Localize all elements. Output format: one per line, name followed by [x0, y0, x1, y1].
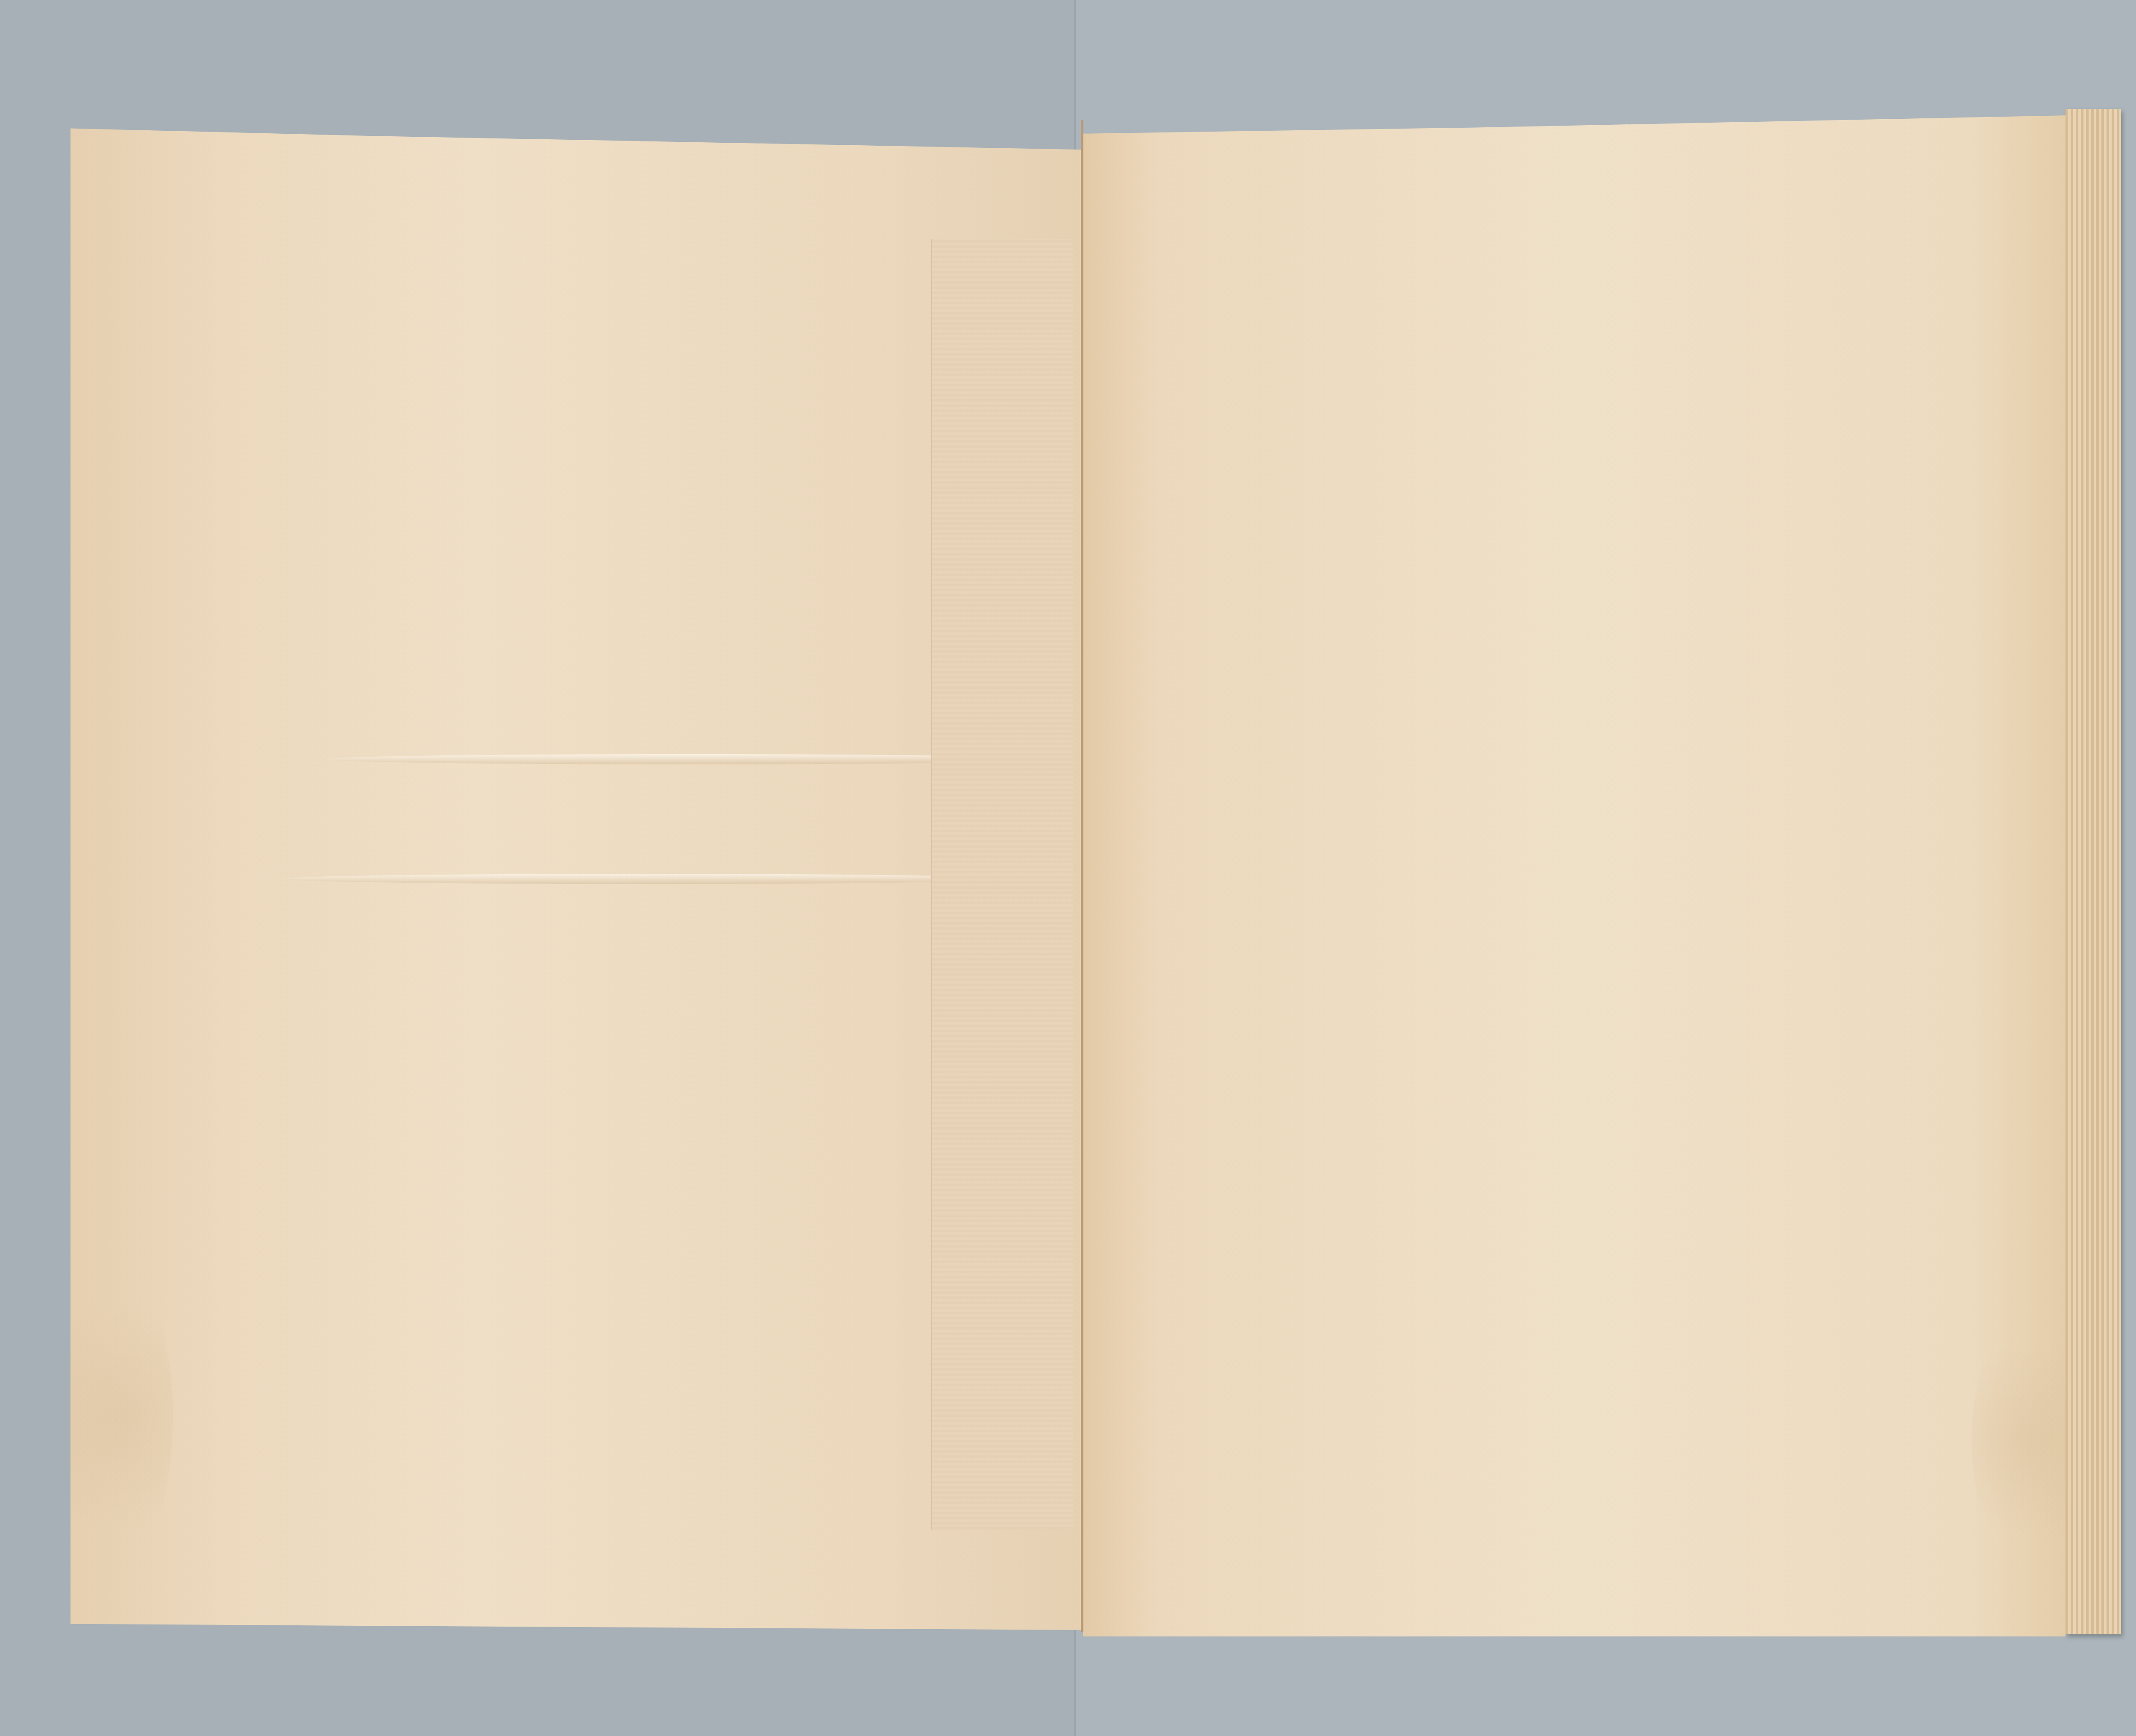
book-gutter — [1081, 120, 1083, 1632]
water-stain — [62, 1267, 173, 1566]
binding-flap — [931, 239, 1073, 1530]
right-page — [1083, 115, 2066, 1636]
paper-crease — [284, 874, 1010, 884]
page-edges — [2066, 109, 2121, 1634]
